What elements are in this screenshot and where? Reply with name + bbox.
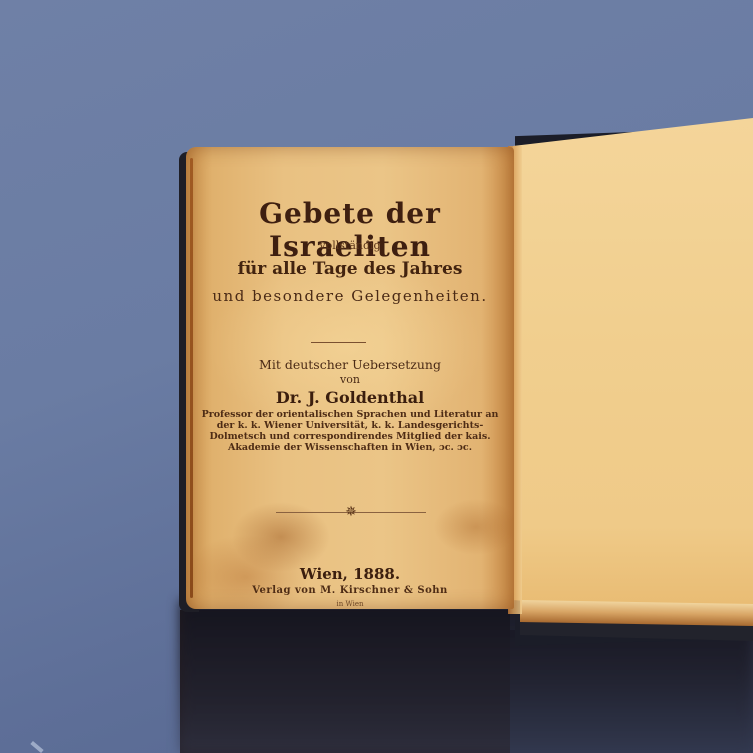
subtitle-line-2: für alle Tage des Jahres xyxy=(186,259,514,279)
blank-flyleaf-page xyxy=(513,118,753,628)
publisher: Verlag von M. Kirschner & Sohn xyxy=(186,585,514,596)
place-year: Wien, 1888. xyxy=(186,565,514,583)
photo-scene: Gebete der Israeliten vollständig für al… xyxy=(0,0,753,753)
title-page: Gebete der Israeliten vollständig für al… xyxy=(186,147,514,609)
author-name: Dr. J. Goldenthal xyxy=(186,388,514,407)
book-title: Gebete der Israeliten xyxy=(186,197,514,263)
by-label: von xyxy=(186,373,514,386)
publisher-location: in Wien xyxy=(186,600,514,608)
ornament-icon: ✵ xyxy=(343,504,359,520)
page-edge xyxy=(190,158,193,598)
divider-rule xyxy=(311,342,366,343)
background-mark xyxy=(30,741,43,753)
subtitle-line-3: und besondere Gelegenheiten. xyxy=(186,287,514,305)
translation-note: Mit deutscher Uebersetzung xyxy=(186,357,514,372)
author-description: Professor der orientalischen Sprachen un… xyxy=(200,409,500,453)
page-edges xyxy=(520,600,753,626)
subtitle-line-1: vollständig xyxy=(186,239,514,252)
